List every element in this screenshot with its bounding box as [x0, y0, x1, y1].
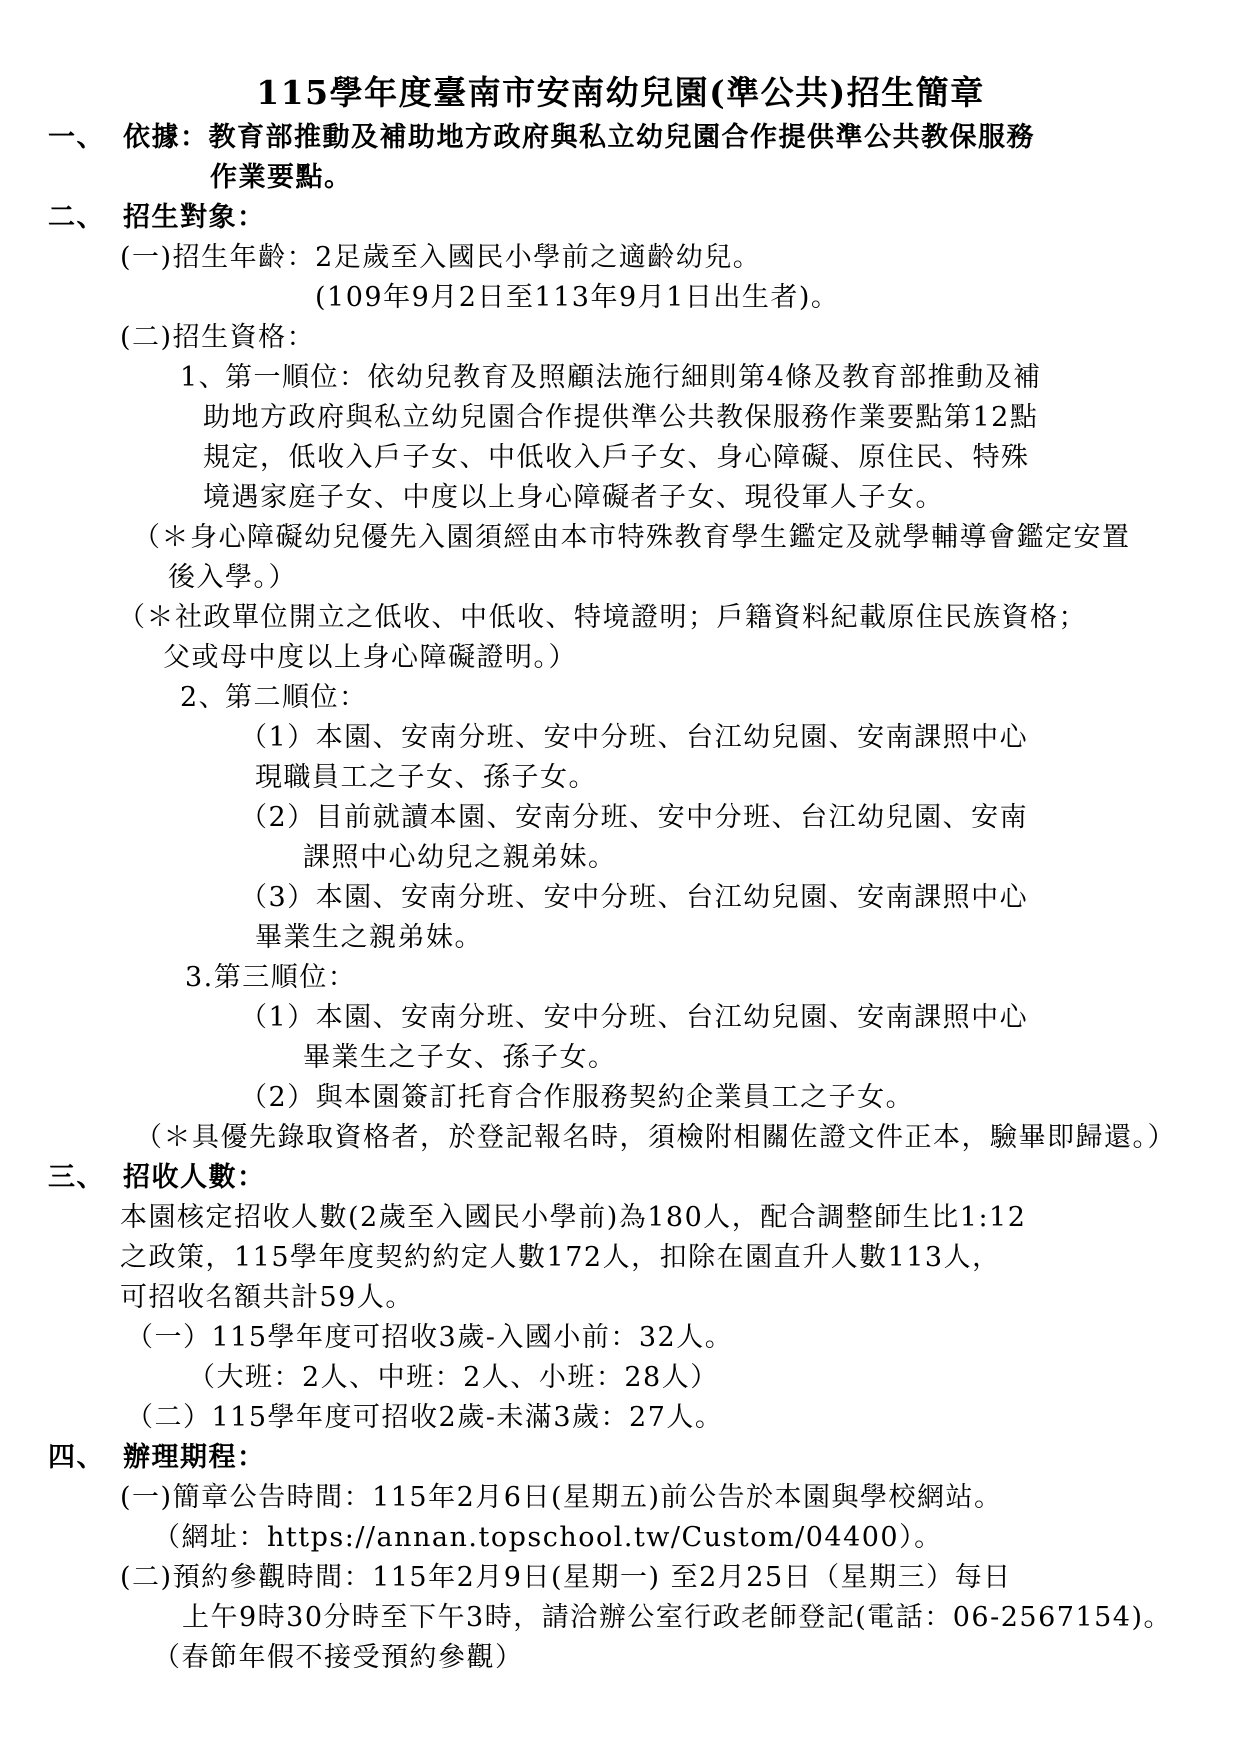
doc-line: （大班：2人、中班：2人、小班：28人） [0, 1358, 1241, 1398]
doc-line-text: 可招收名額共計59人。 [120, 1282, 414, 1313]
doc-line: (二)招生資格： [0, 318, 1241, 358]
doc-line: 上午9時30分時至下午3時，請洽辦公室行政老師登記(電話：06-2567154)… [0, 1598, 1241, 1638]
doc-line-text: 作業要點。 [210, 162, 353, 193]
doc-line-text: 後入學。） [168, 562, 297, 593]
doc-line-text: 本園核定招收人數(2歲至入國民小學前)為180人，配合調整師生比1:12 [120, 1202, 1026, 1233]
doc-line-text: 上午9時30分時至下午3時，請洽辦公室行政老師登記(電話：06-2567154)… [182, 1602, 1172, 1633]
doc-line: 可招收名額共計59人。 [0, 1278, 1241, 1318]
doc-line: （1）本園、安南分班、安中分班、台江幼兒園、安南課照中心 [0, 998, 1241, 1038]
list-marker: 一、 [48, 118, 123, 158]
list-marker: 2、 [180, 678, 225, 718]
doc-line: 本園核定招收人數(2歲至入國民小學前)為180人，配合調整師生比1:12 [0, 1198, 1241, 1238]
doc-line-text: 依據：教育部推動及補助地方政府與私立幼兒園合作提供準公共教保服務 [123, 122, 1035, 153]
doc-line-text: (二)招生資格： [120, 322, 315, 353]
doc-line-text: (一)招生年齡：2足歲至入國民小學前之適齡幼兒。 [120, 242, 761, 273]
doc-line: 課照中心幼兒之親弟妹。 [0, 838, 1241, 878]
doc-line: 2、第二順位： [0, 678, 1241, 718]
doc-line: （3）本園、安南分班、安中分班、台江幼兒園、安南課照中心 [0, 878, 1241, 918]
doc-line-text: 招收人數： [123, 1162, 266, 1193]
doc-line-text: 規定，低收入戶子女、中低收入戶子女、身心障礙、原住民、特殊 [203, 442, 1030, 473]
doc-line-text: （3）本園、安南分班、安中分班、台江幼兒園、安南課照中心 [240, 882, 1028, 913]
doc-line: （2）與本園簽訂托育合作服務契約企業員工之子女。 [0, 1078, 1241, 1118]
doc-line: (109年9月2日至113年9月1日出生者)。 [0, 278, 1241, 318]
doc-line-text: （＊社政單位開立之低收、中低收、特境證明；戶籍資料紀載原住民族資格； [118, 602, 1087, 633]
doc-line-text: (109年9月2日至113年9月1日出生者)。 [315, 282, 839, 313]
doc-line-text: 第二順位： [225, 682, 368, 713]
doc-line-text: （2）目前就讀本園、安南分班、安中分班、台江幼兒園、安南 [240, 802, 1028, 833]
doc-line: 後入學。） [0, 558, 1241, 598]
doc-line-text: （＊身心障礙幼兒優先入園須經由本市特殊教育學生鑑定及就學輔導會鑑定安置 [133, 522, 1131, 553]
doc-line: 父或母中度以上身心障礙證明。） [0, 638, 1241, 678]
doc-line-text: （春節年假不接受預約參觀） [153, 1642, 524, 1673]
doc-line-text: (一)簡章公告時間：115年2月6日(星期五)前公告於本園與學校網站。 [120, 1482, 1003, 1513]
doc-line: (一)招生年齡：2足歲至入國民小學前之適齡幼兒。 [0, 238, 1241, 278]
doc-line: 助地方政府與私立幼兒園合作提供準公共教保服務作業要點第12點 [0, 398, 1241, 438]
doc-line: （1）本園、安南分班、安中分班、台江幼兒園、安南課照中心 [0, 718, 1241, 758]
doc-line-text: （一）115學年度可招收3歲-入國小前：32人。 [126, 1322, 733, 1353]
doc-line: 1、第一順位：依幼兒教育及照顧法施行細則第4條及教育部推動及補 [0, 358, 1241, 398]
doc-line: 二、招生對象： [0, 198, 1241, 238]
doc-line-text: 境遇家庭子女、中度以上身心障礙者子女、現役軍人子女。 [203, 482, 944, 513]
doc-line: 境遇家庭子女、中度以上身心障礙者子女、現役軍人子女。 [0, 478, 1241, 518]
doc-line-text: （二）115學年度可招收2歲-未滿3歲：27人。 [126, 1402, 723, 1433]
doc-line: 現職員工之子女、孫子女。 [0, 758, 1241, 798]
doc-line-text: （1）本園、安南分班、安中分班、台江幼兒園、安南課照中心 [240, 1002, 1028, 1033]
doc-line-text: 現職員工之子女、孫子女。 [255, 762, 597, 793]
doc-line: （春節年假不接受預約參觀） [0, 1638, 1241, 1678]
doc-line-text: 父或母中度以上身心障礙證明。） [163, 642, 577, 673]
doc-line: （網址：https://annan.topschool.tw/Custom/04… [0, 1518, 1241, 1558]
doc-line-text: 辦理期程： [123, 1442, 266, 1473]
doc-line: 三、招收人數： [0, 1158, 1241, 1198]
list-marker: 二、 [48, 198, 123, 238]
document-body: 一、依據：教育部推動及補助地方政府與私立幼兒園合作提供準公共教保服務作業要點。二… [0, 118, 1241, 1678]
list-marker: 三、 [48, 1158, 123, 1198]
doc-line: 之政策，115學年度契約約定人數172人，扣除在園直升人數113人， [0, 1238, 1241, 1278]
doc-line: （二）115學年度可招收2歲-未滿3歲：27人。 [0, 1398, 1241, 1438]
doc-line: （＊具優先錄取資格者，於登記報名時，須檢附相關佐證文件正本，驗畢即歸還。） [0, 1118, 1241, 1158]
doc-line-text: （網址：https://annan.topschool.tw/Custom/04… [153, 1522, 943, 1553]
doc-line-text: 招生對象： [123, 202, 266, 233]
doc-line-text: 第一順位：依幼兒教育及照顧法施行細則第4條及教育部推動及補 [225, 362, 1042, 393]
doc-line-text: （1）本園、安南分班、安中分班、台江幼兒園、安南課照中心 [240, 722, 1028, 753]
doc-line: （＊社政單位開立之低收、中低收、特境證明；戶籍資料紀載原住民族資格； [0, 598, 1241, 638]
doc-line-text: （大班：2人、中班：2人、小班：28人） [188, 1362, 719, 1393]
doc-line-text: 畢業生之親弟妹。 [255, 922, 483, 953]
doc-line-text: 助地方政府與私立幼兒園合作提供準公共教保服務作業要點第12點 [203, 402, 1038, 433]
doc-line-text: 畢業生之子女、孫子女。 [303, 1042, 617, 1073]
doc-title: 115學年度臺南市安南幼兒園(準公共)招生簡章 [0, 0, 1241, 118]
doc-line: (二)預約參觀時間：115年2月9日(星期一) 至2月25日（星期三）每日 [0, 1558, 1241, 1598]
doc-line: （2）目前就讀本園、安南分班、安中分班、台江幼兒園、安南 [0, 798, 1241, 838]
doc-line: （一）115學年度可招收3歲-入國小前：32人。 [0, 1318, 1241, 1358]
doc-line: 3.第三順位： [0, 958, 1241, 998]
doc-line: 畢業生之子女、孫子女。 [0, 1038, 1241, 1078]
doc-line-text: 課照中心幼兒之親弟妹。 [303, 842, 617, 873]
doc-line: 一、依據：教育部推動及補助地方政府與私立幼兒園合作提供準公共教保服務 [0, 118, 1241, 158]
doc-line: （＊身心障礙幼兒優先入園須經由本市特殊教育學生鑑定及就學輔導會鑑定安置 [0, 518, 1241, 558]
doc-line: 四、辦理期程： [0, 1438, 1241, 1478]
doc-line-text: 3.第三順位： [185, 962, 356, 993]
doc-line: (一)簡章公告時間：115年2月6日(星期五)前公告於本園與學校網站。 [0, 1478, 1241, 1518]
list-marker: 1、 [180, 358, 225, 398]
doc-line-text: （＊具優先錄取資格者，於登記報名時，須檢附相關佐證文件正本，驗畢即歸還。） [135, 1122, 1176, 1153]
doc-line-text: （2）與本園簽訂托育合作服務契約企業員工之子女。 [240, 1082, 914, 1113]
doc-line-text: (二)預約參觀時間：115年2月9日(星期一) 至2月25日（星期三）每日 [120, 1562, 1012, 1593]
list-marker: 四、 [48, 1438, 123, 1478]
page: 115學年度臺南市安南幼兒園(準公共)招生簡章 一、依據：教育部推動及補助地方政… [0, 0, 1241, 1755]
doc-line-text: 之政策，115學年度契約約定人數172人，扣除在園直升人數113人， [120, 1242, 1001, 1273]
doc-line: 規定，低收入戶子女、中低收入戶子女、身心障礙、原住民、特殊 [0, 438, 1241, 478]
doc-line: 作業要點。 [0, 158, 1241, 198]
doc-line: 畢業生之親弟妹。 [0, 918, 1241, 958]
